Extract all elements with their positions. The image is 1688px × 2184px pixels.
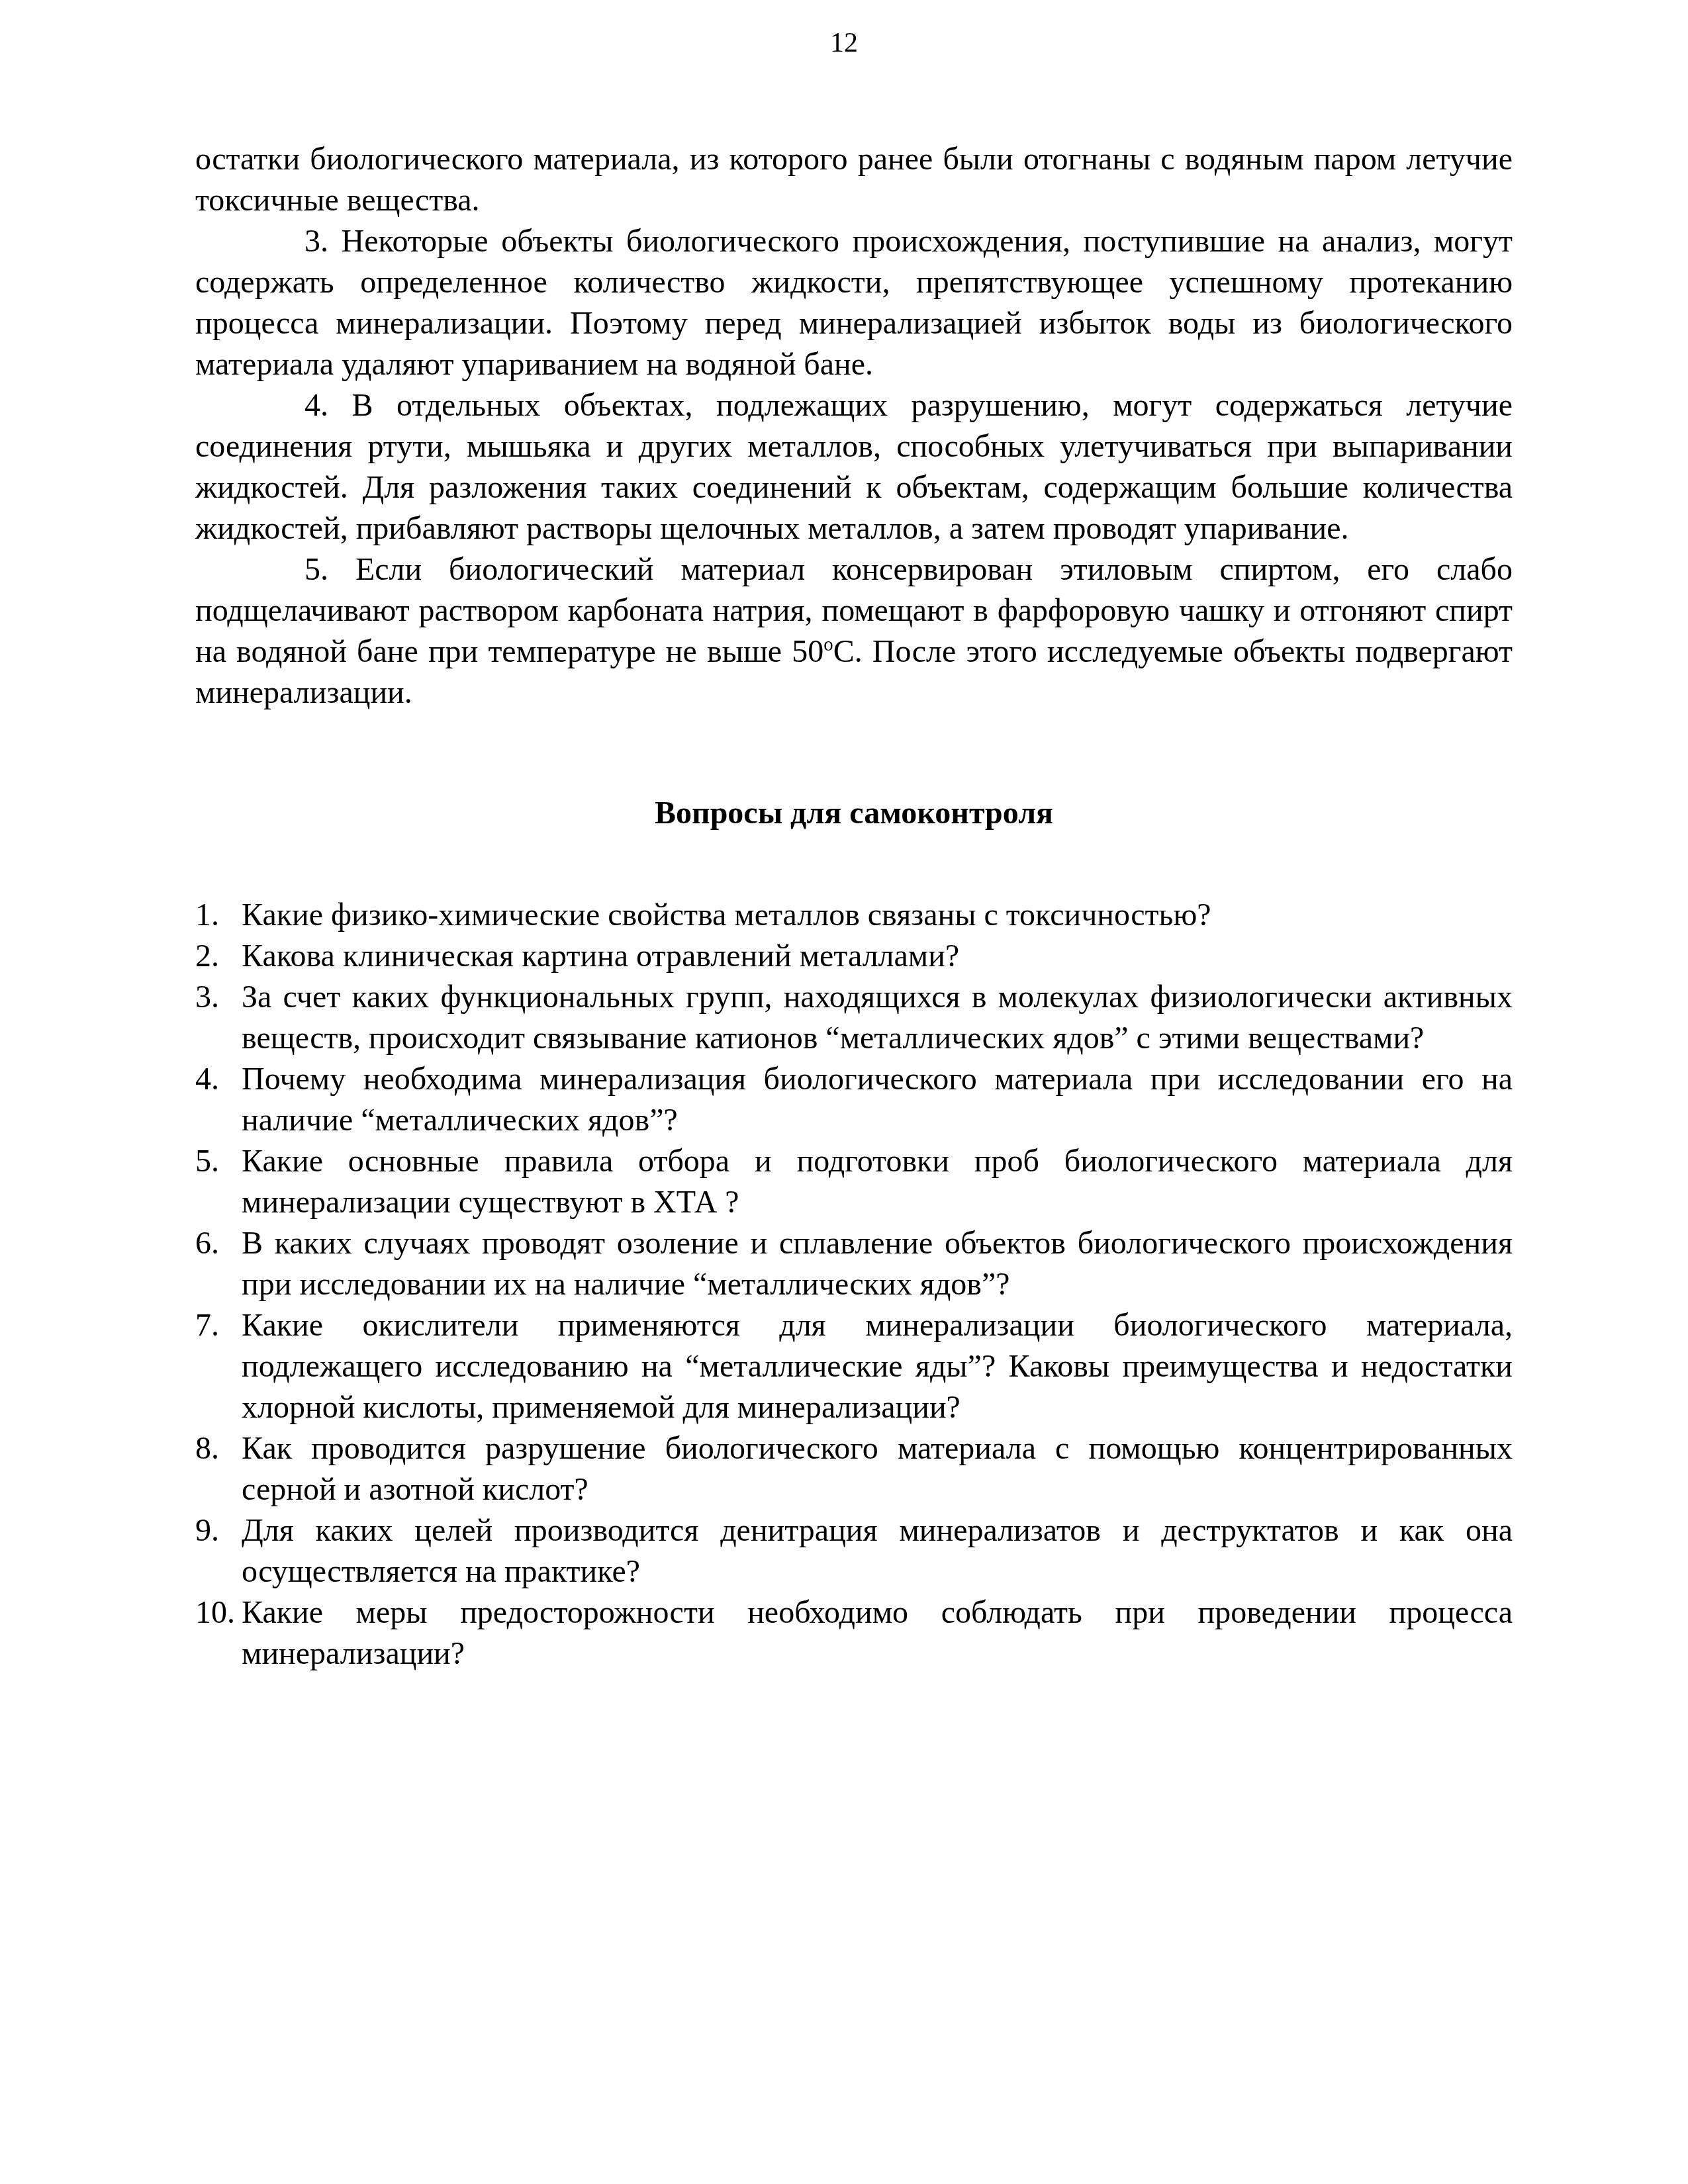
paragraph-item-5: 5. Если биологический материал консервир…	[195, 549, 1513, 713]
degree-superscript: о	[823, 634, 833, 655]
question-text: Какие окислители применяются для минерал…	[242, 1305, 1513, 1428]
paragraph-continuation: остатки биологического материала, из кот…	[195, 139, 1513, 221]
question-item: 8. Как проводится разрушение биологическ…	[195, 1428, 1513, 1510]
page-number: 12	[0, 26, 1688, 60]
question-number: 8.	[195, 1428, 242, 1469]
question-number: 5.	[195, 1141, 242, 1182]
question-item: 7. Какие окислители применяются для мине…	[195, 1305, 1513, 1428]
question-text: Какие основные правила отбора и подготов…	[242, 1141, 1513, 1223]
question-item: 3. За счет каких функциональных групп, н…	[195, 977, 1513, 1059]
question-number: 4.	[195, 1059, 242, 1100]
question-item: 10. Какие меры предосторожности необходи…	[195, 1592, 1513, 1674]
question-number: 3.	[195, 977, 242, 1018]
question-text: Какова клиническая картина отравлений ме…	[242, 936, 1513, 977]
document-page: 12 остатки биологического материала, из …	[0, 0, 1688, 2184]
paragraph-item-3: 3. Некоторые объекты биологического прои…	[195, 221, 1513, 385]
question-text: Какие меры предосторожности необходимо с…	[242, 1592, 1513, 1674]
question-item: 1. Какие физико-химические свойства мета…	[195, 895, 1513, 936]
question-text: Какие физико-химические свойства металло…	[242, 895, 1513, 936]
question-item: 5. Какие основные правила отбора и подго…	[195, 1141, 1513, 1223]
question-number: 9.	[195, 1510, 242, 1551]
question-text: Почему необходима минерализация биологич…	[242, 1059, 1513, 1141]
question-text: За счет каких функциональных групп, нахо…	[242, 977, 1513, 1059]
questions-list: 1. Какие физико-химические свойства мета…	[195, 895, 1513, 1674]
question-text: Как проводится разрушение биологического…	[242, 1428, 1513, 1510]
question-number: 2.	[195, 936, 242, 977]
question-item: 9. Для каких целей производится денитрац…	[195, 1510, 1513, 1592]
page-content: остатки биологического материала, из кот…	[195, 139, 1513, 1674]
question-number: 7.	[195, 1305, 242, 1346]
question-number: 10.	[195, 1592, 242, 1633]
question-text: В каких случаях проводят озоление и спла…	[242, 1223, 1513, 1305]
paragraph-item-4: 4. В отдельных объектах, подлежащих разр…	[195, 385, 1513, 549]
question-text: Для каких целей производится денитрация …	[242, 1510, 1513, 1592]
question-item: 2. Какова клиническая картина отравлений…	[195, 936, 1513, 977]
section-heading: Вопросы для самоконтроля	[195, 793, 1513, 834]
question-number: 6.	[195, 1223, 242, 1264]
question-item: 4. Почему необходима минерализация биоло…	[195, 1059, 1513, 1141]
question-item: 6. В каких случаях проводят озоление и с…	[195, 1223, 1513, 1305]
question-number: 1.	[195, 895, 242, 936]
